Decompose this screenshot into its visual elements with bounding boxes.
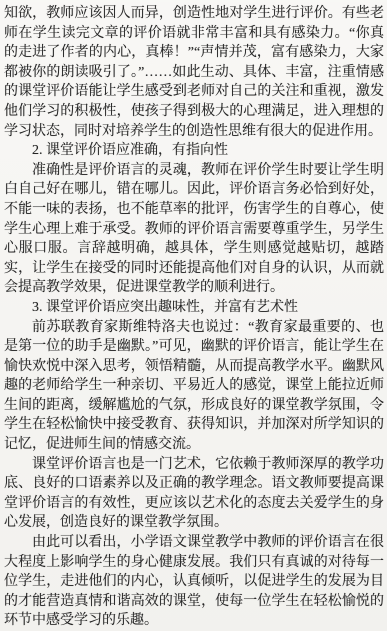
- paragraph-5: 由此可以看出，小学语文课堂教学中教师的评价语言在很大程度上影响学生的身心健康发展…: [4, 533, 384, 631]
- paragraph-2: 准确性是评价语言的灵魂，教师在评价学生时要让学生明白自己好在哪儿，错在哪儿。因此…: [4, 161, 384, 298]
- paragraph-3: 前苏联教育家斯维特洛夫也说过：“教育家最重要的、也是第一位的助手是幽默。”可见，…: [4, 318, 384, 455]
- section-heading-3: 3. 课堂评价语应突出趣味性，并富有艺术性: [4, 298, 384, 318]
- paragraph-1: 知欲，教师应该因人而异，创造性地对学生进行评价。有些老师在学生读完文章的评价语就…: [4, 4, 384, 141]
- scanned-document-page: 知欲，教师应该因人而异，创造性地对学生进行评价。有些老师在学生读完文章的评价语就…: [0, 0, 387, 631]
- section-heading-2: 2. 课堂评价语应准确，有指向性: [4, 141, 384, 161]
- paragraph-4: 课堂评价语言也是一门艺术，它依赖于教师深厚的教学功底、良好的口语素养以及正确的教…: [4, 455, 384, 533]
